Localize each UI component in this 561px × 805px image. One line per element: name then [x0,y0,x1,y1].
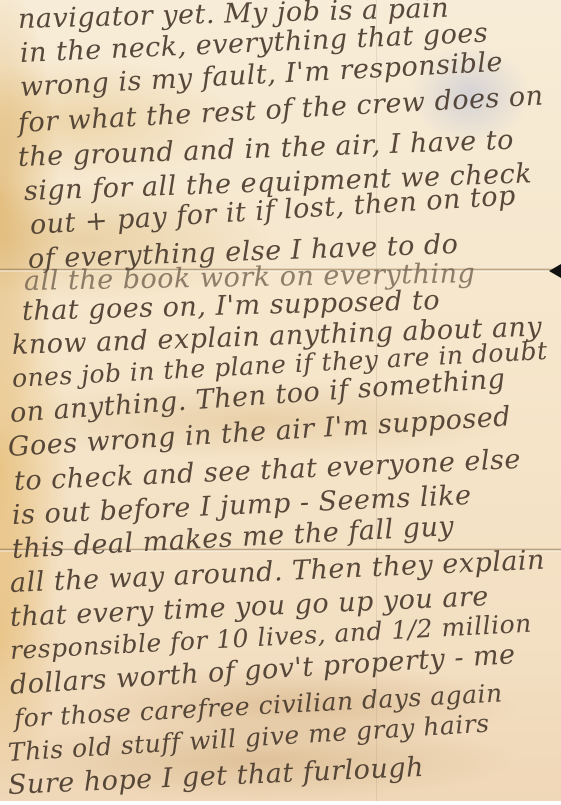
scan-edge [0,801,561,805]
letter-page: navigator yet. My job is a pain in the n… [0,0,561,805]
handwritten-text: navigator yet. My job is a pain in the n… [0,0,561,805]
